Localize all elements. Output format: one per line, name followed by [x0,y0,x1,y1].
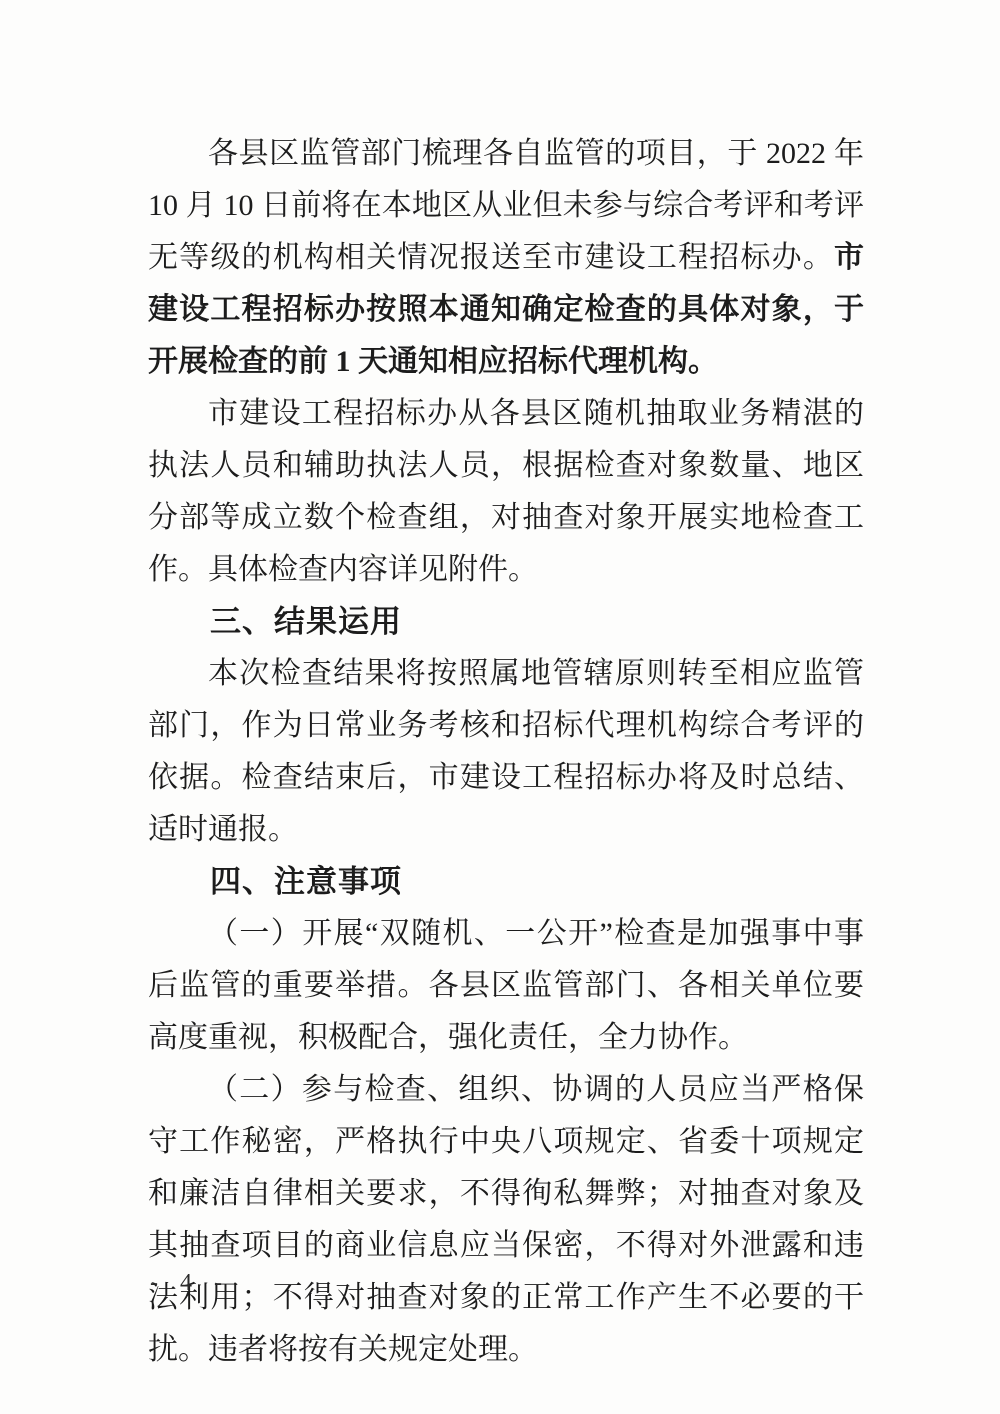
page-number: - 4 - [150,1270,230,1297]
paragraph: （一）开展“双随机、一公开”检查是加强事中事后监管的重要举措。各县区监管部门、各… [148,908,864,1064]
document-page: 各县区监管部门梳理各自监管的项目，于 2022 年 10 月 10 日前将在本地… [0,0,1000,1414]
text-run: 各县区监管部门梳理各自监管的项目，于 2022 年 10 月 10 日前将在本地… [148,137,864,274]
paragraph: （二）参与检查、组织、协调的人员应当严格保守工作秘密，严格执行中央八项规定、省委… [148,1064,864,1376]
section-heading: 四、注意事项 [148,856,864,908]
paragraph: 市建设工程招标办从各县区随机抽取业务精湛的执法人员和辅助执法人员，根据检查对象数… [148,388,864,596]
paragraph: 本次检查结果将按照属地管辖原则转至相应监管部门，作为日常业务考核和招标代理机构综… [148,648,864,856]
bold-text-run: 四、注意事项 [210,864,402,899]
text-run: （一）开展“双随机、一公开”检查是加强事中事后监管的重要举措。各县区监管部门、各… [148,917,864,1054]
text-run: （二）参与检查、组织、协调的人员应当严格保守工作秘密，严格执行中央八项规定、省委… [148,1073,864,1366]
text-run: 本次检查结果将按照属地管辖原则转至相应监管部门，作为日常业务考核和招标代理机构综… [148,657,864,846]
bold-text-run: 三、结果运用 [210,604,402,639]
text-run: 市建设工程招标办从各县区随机抽取业务精湛的执法人员和辅助执法人员，根据检查对象数… [148,397,864,586]
document-body: 各县区监管部门梳理各自监管的项目，于 2022 年 10 月 10 日前将在本地… [148,128,864,1376]
paragraph: 各县区监管部门梳理各自监管的项目，于 2022 年 10 月 10 日前将在本地… [148,128,864,388]
section-heading: 三、结果运用 [148,596,864,648]
